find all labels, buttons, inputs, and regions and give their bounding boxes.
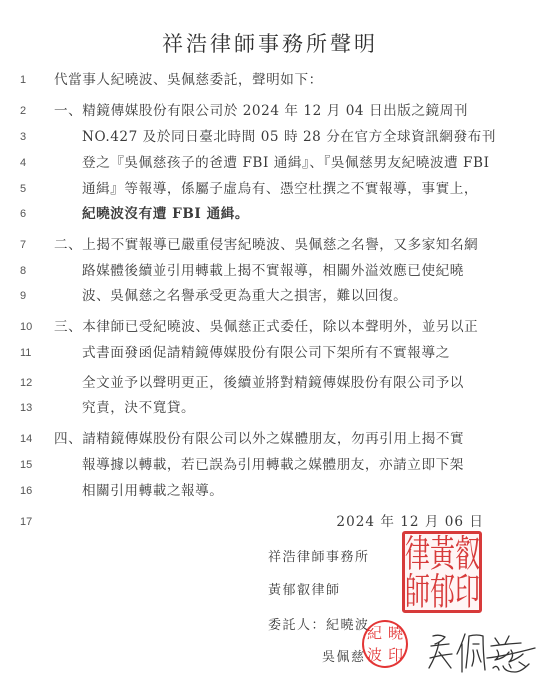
statement-page: 祥浩律師事務所聲明 1 代當事人紀曉波、吳佩慈委託，聲明如下： 2 一、精鏡傳媒…	[0, 0, 555, 690]
line-text: 三、本律師已受紀曉波、吳佩慈正式委任，除以本聲明外，並另以正	[54, 316, 478, 338]
line-number: 8	[20, 260, 42, 282]
line-text: 紀曉波沒有遭 FBI 通緝。	[82, 203, 249, 225]
signature-firm: 祥浩律師事務所	[268, 548, 370, 568]
document-line: 13 究責，決不寬貸。	[0, 397, 555, 419]
line-number: 4	[20, 152, 42, 174]
line-number: 17	[20, 511, 42, 533]
seal-char: 師	[405, 572, 430, 610]
seal-char: 印	[455, 572, 480, 610]
line-text: 波、吳佩慈之名譽承受更為重大之損害，難以回復。	[82, 285, 407, 307]
signature-principal-2: 吳佩慈	[322, 648, 366, 668]
line-number: 11	[20, 342, 42, 364]
line-text: 登之『吳佩慈孩子的爸遭 FBI 通緝』、『吳佩慈男友紀曉波遭 FBI	[82, 152, 490, 174]
line-text: 式書面發函促請精鏡傳媒股份有限公司下架所有不實報導之	[82, 342, 450, 364]
line-number: 3	[20, 126, 42, 148]
document-line: 1 代當事人紀曉波、吳佩慈委託，聲明如下：	[0, 69, 555, 91]
line-text: 通緝』等報導，係屬子虛烏有、憑空杜撰之不實報導，事實上，	[82, 178, 478, 200]
document-line: 14 四、請精鏡傳媒股份有限公司以外之媒體朋友，勿再引用上揭不實	[0, 428, 555, 450]
document-line: 2 一、精鏡傳媒股份有限公司於 2024 年 12 月 04 日出版之鏡周刊	[0, 100, 555, 122]
line-number: 12	[20, 372, 42, 394]
line-number: 5	[20, 178, 42, 200]
line-number: 13	[20, 397, 42, 419]
document-title: 祥浩律師事務所聲明	[0, 30, 540, 58]
document-line: 8 路媒體後續並引用轉載上揭不實報導，相關外溢效應已使紀曉	[0, 260, 555, 282]
document-line: 7 二、上揭不實報導已嚴重侵害紀曉波、吳佩慈之名譽，又多家知名網	[0, 234, 555, 256]
seal-char: 律	[405, 534, 430, 572]
document-line-date: 17 2024 年 12 月 06 日	[0, 511, 555, 533]
line-number: 9	[20, 285, 42, 307]
principal-round-seal-stamp: 紀 曉 波 印	[362, 620, 408, 668]
seal-char: 黃	[430, 534, 455, 572]
seal-char: 叡	[455, 534, 480, 572]
line-number: 6	[20, 203, 42, 225]
line-text: 全文並予以聲明更正，後續並將對精鏡傳媒股份有限公司予以	[82, 372, 464, 394]
line-text: 究責，決不寬貸。	[82, 397, 195, 419]
line-number: 15	[20, 454, 42, 476]
lawyer-seal-stamp: 律 黃 叡 師 郁 印	[402, 531, 482, 613]
line-number: 7	[20, 234, 42, 256]
line-number: 14	[20, 428, 42, 450]
seal-char: 郁	[430, 572, 455, 610]
signature-principal: 委託人：紀曉波	[268, 616, 370, 636]
document-line: 9 波、吳佩慈之名譽承受更為重大之損害，難以回復。	[0, 285, 555, 307]
line-text: 相關引用轉載之報導。	[82, 480, 223, 502]
document-line: 15 報導據以轉載，若已誤為引用轉載之媒體朋友，亦請立即下架	[0, 454, 555, 476]
line-text: 報導據以轉載，若已誤為引用轉載之媒體朋友，亦請立即下架	[82, 454, 464, 476]
document-line: 16 相關引用轉載之報導。	[0, 480, 555, 502]
line-text: 代當事人紀曉波、吳佩慈委託，聲明如下：	[54, 69, 323, 91]
seal-char: 紀	[364, 626, 385, 641]
document-line: 10 三、本律師已受紀曉波、吳佩慈正式委任，除以本聲明外，並另以正	[0, 316, 555, 338]
document-line: 3 NO.427 及於同日臺北時間 05 時 28 分在官方全球資訊網發布刊	[0, 126, 555, 148]
seal-char: 印	[385, 648, 406, 663]
document-line: 5 通緝』等報導，係屬子虛烏有、憑空杜撰之不實報導，事實上，	[0, 178, 555, 200]
line-text: 一、精鏡傳媒股份有限公司於 2024 年 12 月 04 日出版之鏡周刊	[54, 100, 468, 122]
document-line: 11 式書面發函促請精鏡傳媒股份有限公司下架所有不實報導之	[0, 342, 555, 364]
line-text: 四、請精鏡傳媒股份有限公司以外之媒體朋友，勿再引用上揭不實	[54, 428, 464, 450]
seal-char: 波	[364, 648, 385, 663]
signature-lawyer: 黃郁叡律師	[268, 581, 341, 601]
line-text: 二、上揭不實報導已嚴重侵害紀曉波、吳佩慈之名譽，又多家知名網	[54, 234, 478, 256]
seal-char: 曉	[385, 626, 406, 641]
line-number: 1	[20, 69, 42, 91]
statement-date: 2024 年 12 月 06 日	[336, 511, 484, 533]
line-number: 16	[20, 480, 42, 502]
document-line: 6 紀曉波沒有遭 FBI 通緝。	[0, 203, 555, 225]
handwritten-signature-icon	[425, 628, 540, 678]
line-text: NO.427 及於同日臺北時間 05 時 28 分在官方全球資訊網發布刊	[82, 126, 496, 148]
line-text: 路媒體後續並引用轉載上揭不實報導，相關外溢效應已使紀曉	[82, 260, 464, 282]
line-number: 2	[20, 100, 42, 122]
document-line: 4 登之『吳佩慈孩子的爸遭 FBI 通緝』、『吳佩慈男友紀曉波遭 FBI	[0, 152, 555, 174]
line-number: 10	[20, 316, 42, 338]
document-line: 12 全文並予以聲明更正，後續並將對精鏡傳媒股份有限公司予以	[0, 372, 555, 394]
